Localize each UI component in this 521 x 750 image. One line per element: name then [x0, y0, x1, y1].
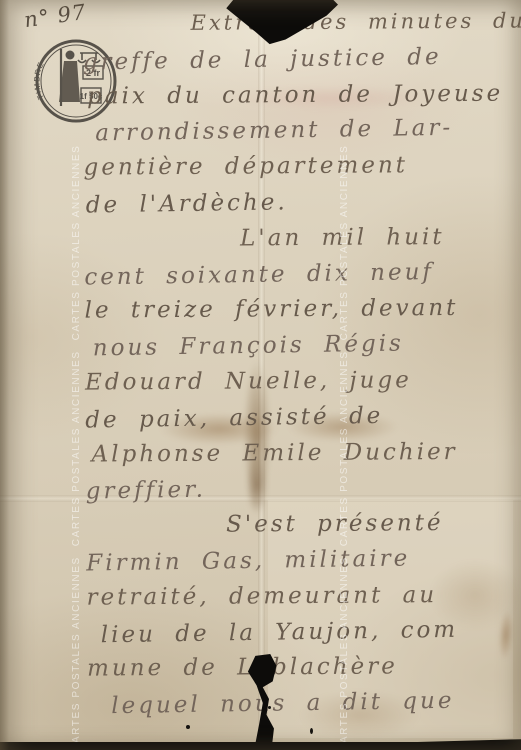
watermark-text: CARTES POSTALES ANCIENNES [339, 350, 350, 546]
manuscript-line: paix du canton de Joyeuse [83, 80, 521, 119]
manuscript-line: lieu de la Yaujon, com [87, 615, 521, 658]
watermark-text: CARTES POSTALES ANCIENNES [71, 350, 82, 546]
stamp-border-text: TIMBRE [34, 60, 46, 101]
manuscript-line: Alphonse Emile Duchier [86, 438, 521, 477]
handwritten-page-number: n° 97 [23, 0, 88, 32]
scanned-document-page: n° 97 2 fr 1f 50c TIMBRE Extrait des min… [0, 0, 521, 750]
manuscript-line: S'est présenté [86, 510, 521, 549]
watermark-text: CARTES POSTALES ANCIENNES [71, 145, 82, 341]
watermark-column-middle: CARTES POSTALES ANCIENNESCARTES POSTALES… [339, 135, 350, 750]
watermark-text: CARTES POSTALES ANCIENNES [339, 556, 350, 750]
watermark-column-left: CARTES POSTALES ANCIENNESCARTES POSTALES… [71, 135, 82, 750]
manuscript-text-block: Extrait des minutes du greffe de la just… [83, 8, 521, 727]
manuscript-line: retraité, demeurant au [87, 581, 521, 620]
manuscript-line: arrondissement de Lar- [83, 114, 521, 157]
scan-bottom-black-edge [0, 742, 521, 750]
manuscript-line: nous François Régis [85, 329, 521, 372]
manuscript-line: le treize février, devant [85, 295, 521, 334]
watermark-text: CARTES POSTALES ANCIENNES [339, 145, 350, 341]
manuscript-line: greffe de la justice de [83, 42, 521, 85]
ink-spot [186, 725, 190, 729]
manuscript-line: de paix, assisté de [85, 400, 521, 443]
manuscript-line: L'an mil huit [84, 223, 521, 262]
manuscript-line: lequel nous a dit que [87, 687, 521, 730]
manuscript-line: greffier. [86, 472, 521, 515]
manuscript-line: Edouard Nuelle, juge [85, 366, 521, 405]
manuscript-line: de l'Ardèche. [84, 185, 521, 228]
manuscript-line: cent soixante dix neuf [84, 257, 521, 300]
svg-text:TIMBRE: TIMBRE [34, 60, 46, 101]
manuscript-line: gentière département [84, 152, 521, 191]
watermark-text: CARTES POSTALES ANCIENNES [71, 556, 82, 750]
justice-figure-head [66, 51, 75, 60]
manuscript-line: mune de Lablachère [87, 653, 521, 692]
justice-figure-robe [59, 61, 80, 102]
manuscript-line: Firmin Gas, militaire [86, 543, 521, 586]
ink-spot [310, 728, 313, 734]
scan-left-edge-shadow [0, 0, 9, 750]
ink-spot [268, 706, 271, 709]
